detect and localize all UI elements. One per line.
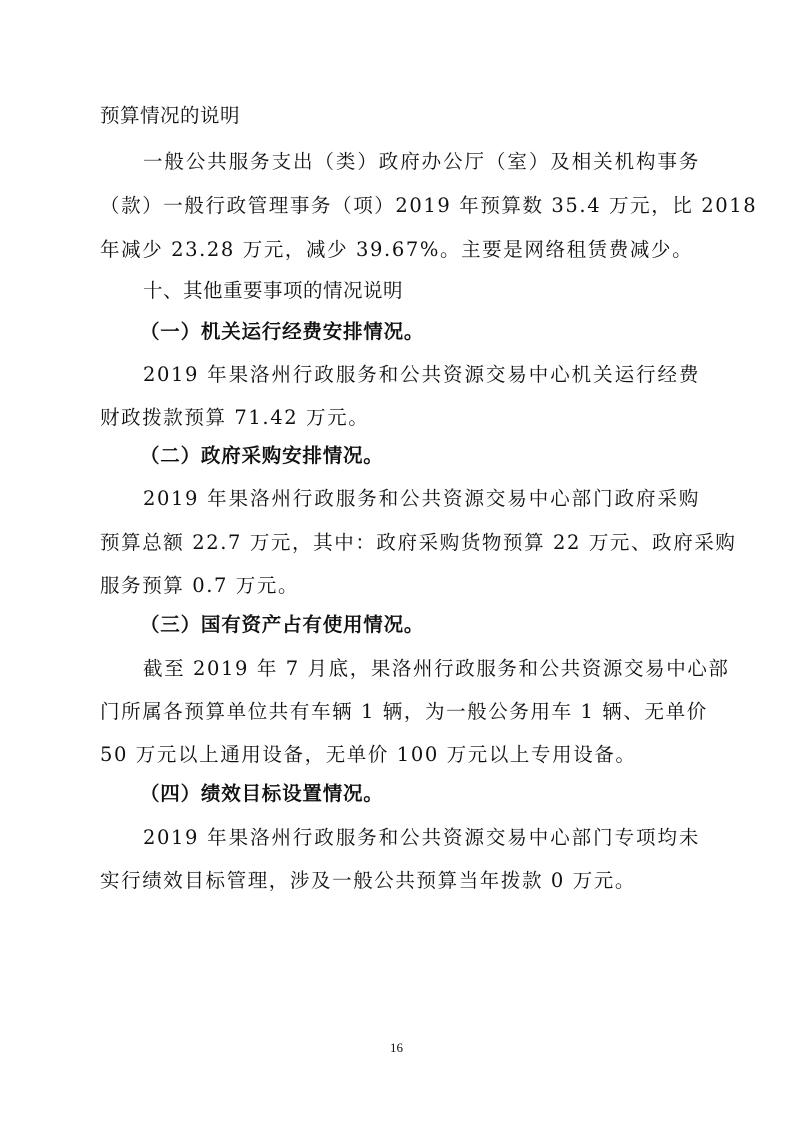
paragraph-line: 财政拨款预算 71.42 万元。 — [100, 406, 700, 430]
paragraph-line: 一般公共服务支出（类）政府办公厅（室）及相关机构事务 — [143, 150, 700, 174]
paragraph-line: 服务预算 0.7 万元。 — [100, 574, 700, 598]
paragraph-line: 实行绩效目标管理，涉及一般公共预算当年拨款 0 万元。 — [100, 869, 700, 893]
document-page: 预算情况的说明 一般公共服务支出（类）政府办公厅（室）及相关机构事务 （款）一般… — [0, 0, 793, 1122]
subsection-title-operating-funds: （一）机关运行经费安排情况。 — [140, 320, 740, 344]
paragraph-line: 预算总额 22.7 万元，其中：政府采购货物预算 22 万元、政府采购 — [100, 531, 700, 555]
paragraph-line: 截至 2019 年 7 月底，果洛州行政服务和公共资源交易中心部 — [143, 657, 700, 681]
paragraph-line: 年减少 23.28 万元，减少 39.67%。主要是网络租赁费减少。 — [100, 238, 700, 262]
subsection-title-state-assets: （三）国有资产占有使用情况。 — [140, 613, 740, 637]
paragraph-line: 门所属各预算单位共有车辆 1 辆，为一般公务用车 1 辆、无单价 — [100, 700, 700, 724]
paragraph-line: （款）一般行政管理事务（项）2019 年预算数 35.4 万元，比 2018 — [100, 194, 700, 218]
paragraph-line: 2019 年果洛州行政服务和公共资源交易中心部门专项均未 — [143, 826, 700, 850]
subsection-title-procurement: （二）政府采购安排情况。 — [140, 444, 740, 468]
paragraph-line: 50 万元以上通用设备，无单价 100 万元以上专用设备。 — [100, 743, 700, 767]
section-title-other-matters: 十、其他重要事项的情况说明 — [143, 279, 743, 303]
section-title-budget-explanation: 预算情况的说明 — [100, 104, 700, 128]
paragraph-line: 2019 年果洛州行政服务和公共资源交易中心部门政府采购 — [143, 487, 700, 511]
subsection-title-performance-goals: （四）绩效目标设置情况。 — [140, 782, 740, 806]
paragraph-line: 2019 年果洛州行政服务和公共资源交易中心机关运行经费 — [143, 363, 700, 387]
page-number: 16 — [0, 1040, 793, 1056]
